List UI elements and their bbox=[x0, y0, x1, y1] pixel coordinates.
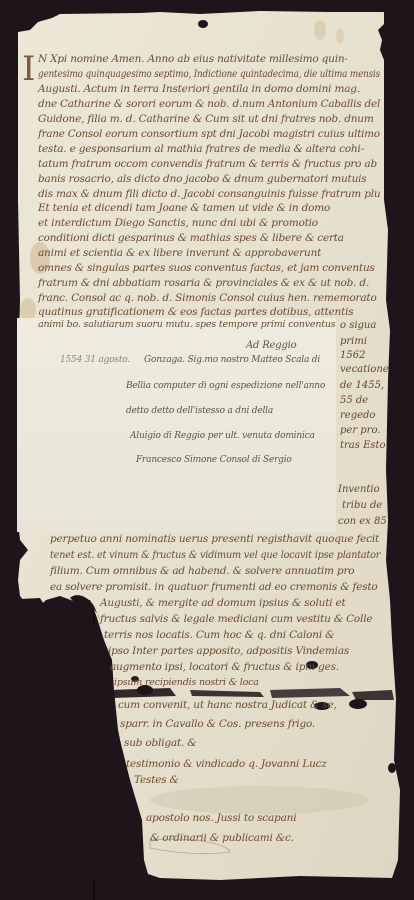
parchment-sheet bbox=[0, 0, 414, 900]
parchment-shape bbox=[0, 0, 414, 900]
